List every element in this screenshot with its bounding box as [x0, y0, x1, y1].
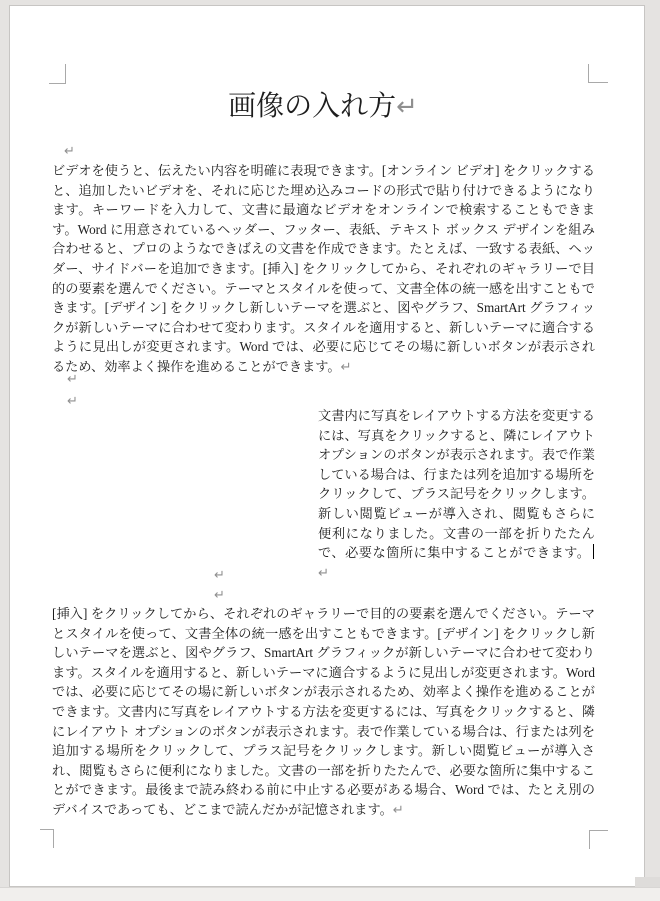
- paragraph-text: ビデオを使うと、伝えたい内容を明確に表現できます。[オンライン ビデオ] をクリ…: [52, 163, 595, 374]
- text-boundary-mark-bottom-right: [589, 830, 608, 849]
- paragraph-insert-gallery[interactable]: [挿入] をクリックしてから、それぞれのギャラリーで目的の要素を選んでください。…: [52, 604, 595, 821]
- paragraph-mark-icon: ↵: [396, 92, 418, 122]
- empty-paragraph-mark-icon: ↵: [67, 395, 78, 409]
- paragraph-text: 文書内に写真をレイアウトする方法を変更するには、写真をクリックすると、隣にレイア…: [318, 408, 595, 560]
- text-boundary-mark-top-left: [49, 64, 66, 84]
- scrollbar-corner: [635, 877, 660, 887]
- paragraph-mark-icon: ↵: [318, 566, 329, 581]
- empty-paragraph-mark-icon: ↵: [64, 145, 75, 159]
- page-title-text: 画像の入れ方: [228, 91, 396, 122]
- text-cursor: [593, 544, 595, 559]
- document-page[interactable]: 画像の入れ方↵ ↵ ビデオを使うと、伝えたい内容を明確に表現できます。[オンライ…: [9, 5, 645, 887]
- paragraph-video-intro[interactable]: ビデオを使うと、伝えたい内容を明確に表現できます。[オンライン ビデオ] をクリ…: [52, 161, 595, 378]
- app-background-bottom: [0, 887, 660, 901]
- paragraph-photo-layout-indented[interactable]: 文書内に写真をレイアウトする方法を変更するには、写真をクリックすると、隣にレイア…: [318, 406, 595, 583]
- empty-paragraph-mark-icon: ↵: [214, 589, 225, 603]
- empty-paragraph-mark-icon: ↵: [67, 373, 78, 387]
- paragraph-mark-icon: ↵: [341, 360, 352, 375]
- text-boundary-mark-top-right: [588, 64, 608, 83]
- text-boundary-mark-bottom-left: [40, 829, 54, 848]
- empty-paragraph-mark-icon: ↵: [214, 569, 225, 583]
- page-title[interactable]: 画像の入れ方↵: [52, 86, 594, 128]
- paragraph-mark-icon: ↵: [393, 803, 404, 818]
- app-canvas: 画像の入れ方↵ ↵ ビデオを使うと、伝えたい内容を明確に表現できます。[オンライ…: [0, 0, 660, 901]
- paragraph-text: [挿入] をクリックしてから、それぞれのギャラリーで目的の要素を選んでください。…: [52, 606, 595, 817]
